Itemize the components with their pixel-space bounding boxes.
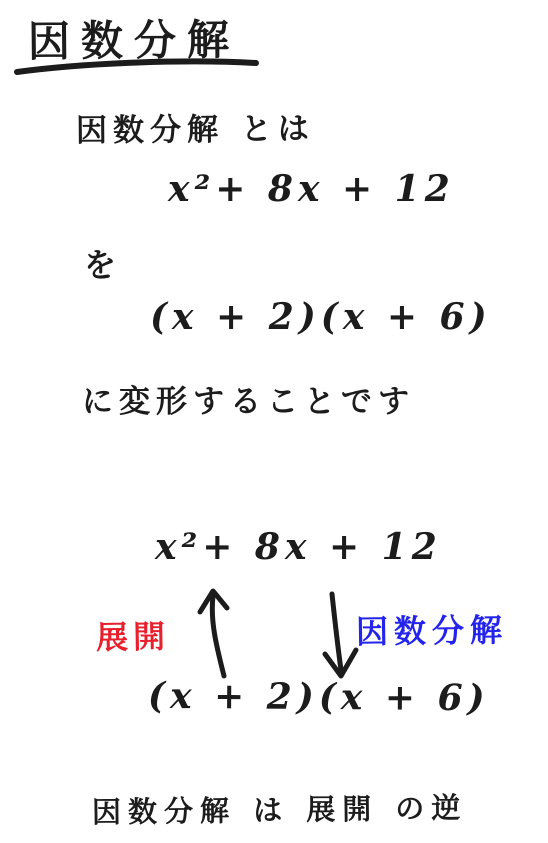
expression-factored: (x + 2)(x + 6) (150, 296, 492, 338)
summary-text: 因数分解 は 展開 の逆 (92, 786, 468, 832)
expand-label: 展開 (96, 611, 171, 658)
diagram-expression-expanded: x²+ 8x + 12 (155, 526, 442, 568)
up-arrow-icon (193, 584, 241, 680)
intro-closing: に変形することです (82, 376, 415, 421)
factorize-label: 因数分解 (356, 605, 509, 653)
intro-lead: 因数分解 とは (76, 103, 315, 150)
title-underline (14, 54, 260, 78)
notebook-page: 因数分解 因数分解 とは x²+ 8x + 12 を (x + 2)(x + 6… (0, 0, 548, 843)
diagram-expression-factored: (x + 2)(x + 6) (148, 675, 490, 719)
particle-wo: を (84, 240, 116, 286)
expression-expanded: x²+ 8x + 12 (168, 168, 455, 210)
